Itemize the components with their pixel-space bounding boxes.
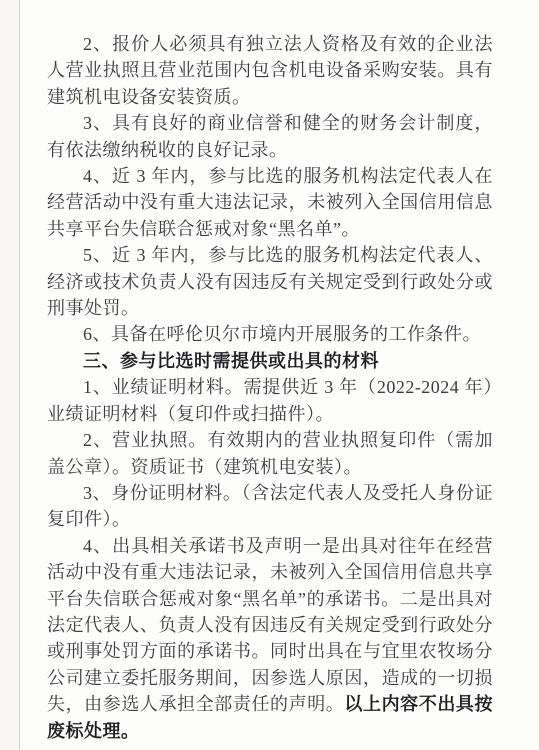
document-body: 2、报价人必须具有独立法人资格及有效的企业法人营业执照且营业范围内包含机电设备采… [47,31,493,744]
material-performance-proof: 1、业绩证明材料。需提供近 3 年（2022-2024 年）业绩证明材料（复印件… [47,374,493,427]
clause-bidder-qualification: 2、报价人必须具有独立法人资格及有效的企业法人营业执照且营业范围内包含机电设备采… [47,31,493,110]
scan-edge-strip [0,0,19,750]
section-heading-materials: 三、参与比选时需提供或出具的材料 [47,348,493,374]
clause-local-service-capability: 6、具备在呼伦贝尔市境内开展服务的工作条件。 [47,321,493,347]
clause-no-violation-record: 4、近 3 年内，参与比选的服务机构法定代表人在经营活动中没有重大违法记录，未被… [47,163,493,242]
scan-fold-line [19,0,20,750]
scanned-document-page: 2、报价人必须具有独立法人资格及有效的企业法人营业执照且营业范围内包含机电设备采… [0,0,539,750]
commitment-letters-text: 4、出具相关承诺书及声明一是出具对往年在经营活动中没有重大违法记录，未被列入全国… [47,536,493,714]
clause-business-reputation: 3、具有良好的商业信誉和健全的财务会计制度，有依法缴纳税收的良好记录。 [47,110,493,163]
material-identity-proof: 3、身份证明材料。（含法定代表人及受托人身份证复印件）。 [47,480,493,533]
material-business-license: 2、营业执照。有效期内的营业执照复印件（需加盖公章）。资质证书（建筑机电安装）。 [47,427,493,480]
material-commitment-letters: 4、出具相关承诺书及声明一是出具对往年在经营活动中没有重大违法记录，未被列入全国… [47,533,493,744]
clause-no-penalty: 5、近 3 年内，参与比选的服务机构法定代表人、经济或技术负责人没有因违反有关规… [47,242,493,321]
